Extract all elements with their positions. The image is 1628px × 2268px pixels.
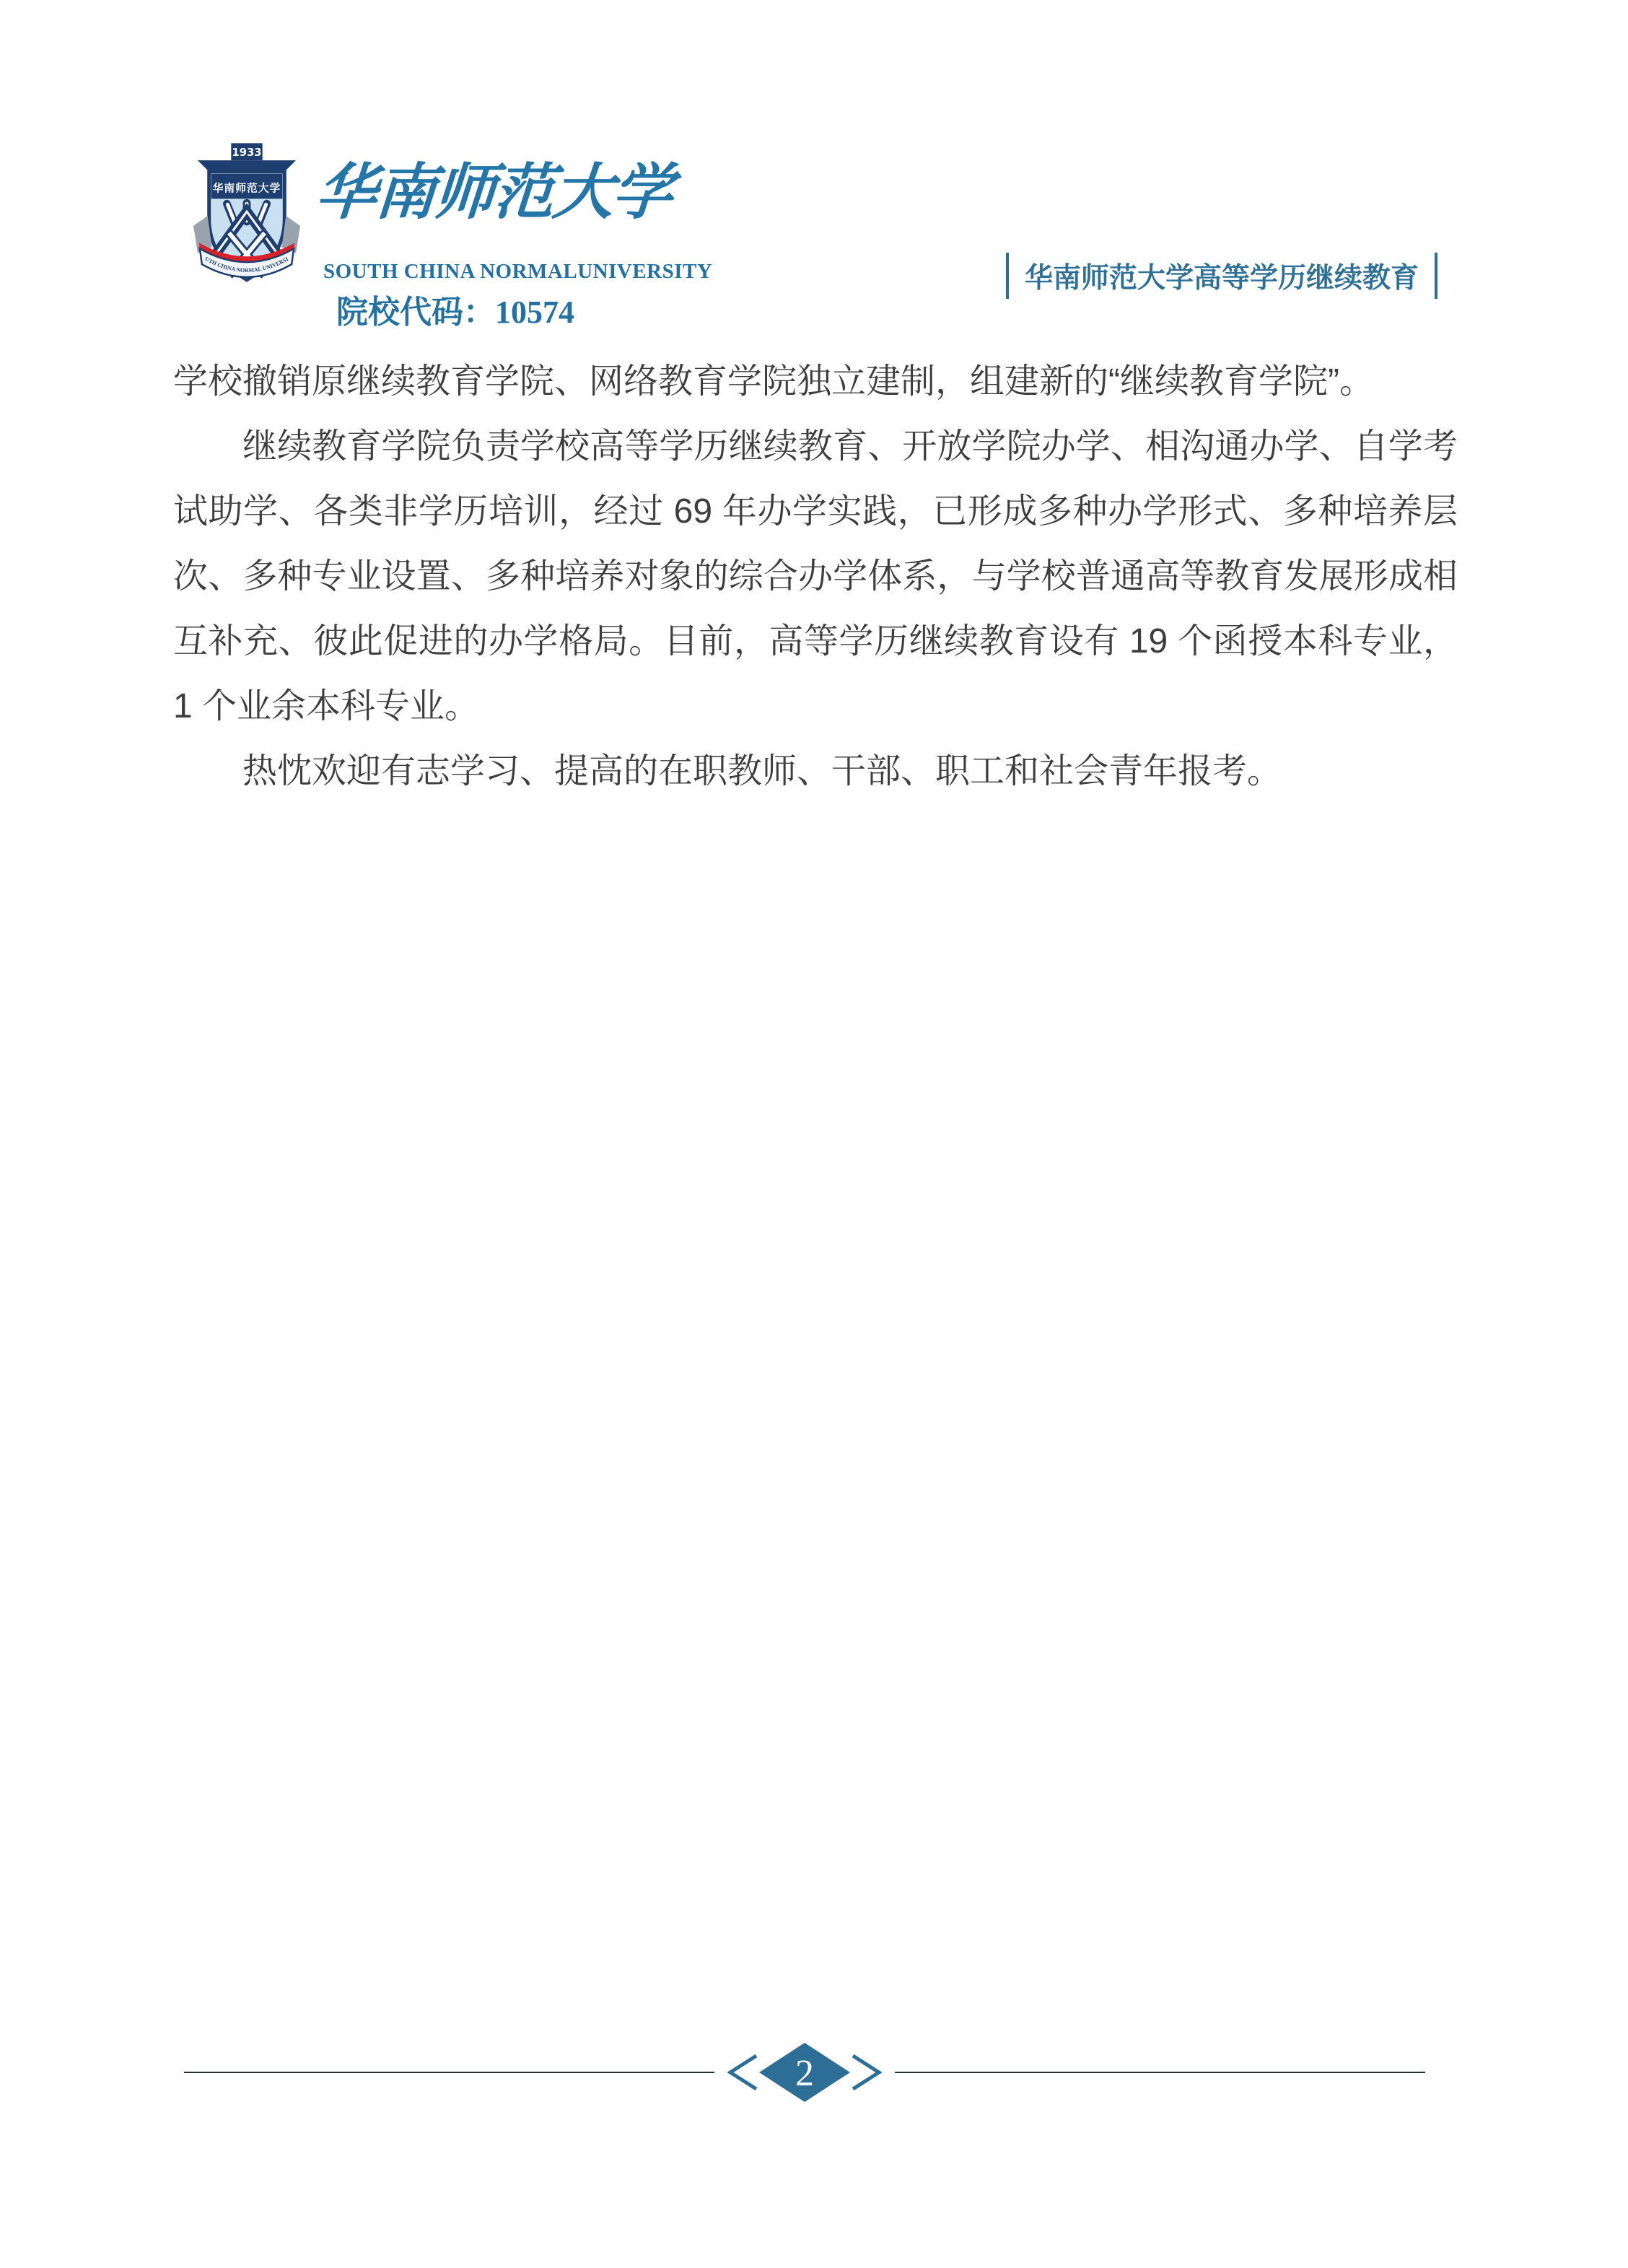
right-divider-bar bbox=[1435, 253, 1437, 299]
paragraph-3: 热忱欢迎有志学习、提高的在职教师、干部、职工和社会青年报考。 bbox=[173, 739, 1458, 804]
footer-rule-right bbox=[895, 2072, 1425, 2073]
footer-rule-left bbox=[184, 2072, 714, 2073]
left-chevron-icon bbox=[730, 2056, 756, 2089]
left-divider-bar bbox=[1006, 253, 1009, 299]
page-number: 2 bbox=[795, 2053, 814, 2094]
header-running-title: 华南师范大学高等学历继续教育 bbox=[1006, 251, 1437, 300]
institution-code: 院校代码：10574 bbox=[336, 286, 574, 332]
page-footer: 2 bbox=[184, 2033, 1425, 2112]
university-crest-logo: 1933 华南师范大学 bbox=[193, 140, 300, 295]
paragraph-1: 学校撤销原继续教育学院、网络教育学院独立建制，组建新的“继续教育学院”。 bbox=[173, 349, 1458, 414]
right-chevron-icon bbox=[853, 2056, 879, 2089]
university-name-calligraphy: 华南师范大学 bbox=[314, 160, 693, 227]
paragraph-2: 继续教育学院负责学校高等学历继续教育、开放学院办学、相沟通办学、自学考试助学、各… bbox=[173, 414, 1458, 739]
running-title-text: 华南师范大学高等学历继续教育 bbox=[1025, 256, 1419, 296]
crest-year-text: 1933 bbox=[232, 147, 261, 159]
university-name-en: SOUTH CHINA NORMALUNIVERSITY bbox=[323, 260, 712, 284]
document-page: 1933 华南师范大学 bbox=[0, 0, 1628, 2268]
crest-shield-name: 华南师范大学 bbox=[213, 181, 281, 194]
document-body: 学校撤销原继续教育学院、网络教育学院独立建制，组建新的“继续教育学院”。 继续教… bbox=[173, 349, 1458, 804]
page-number-emblem: 2 bbox=[714, 2033, 895, 2112]
